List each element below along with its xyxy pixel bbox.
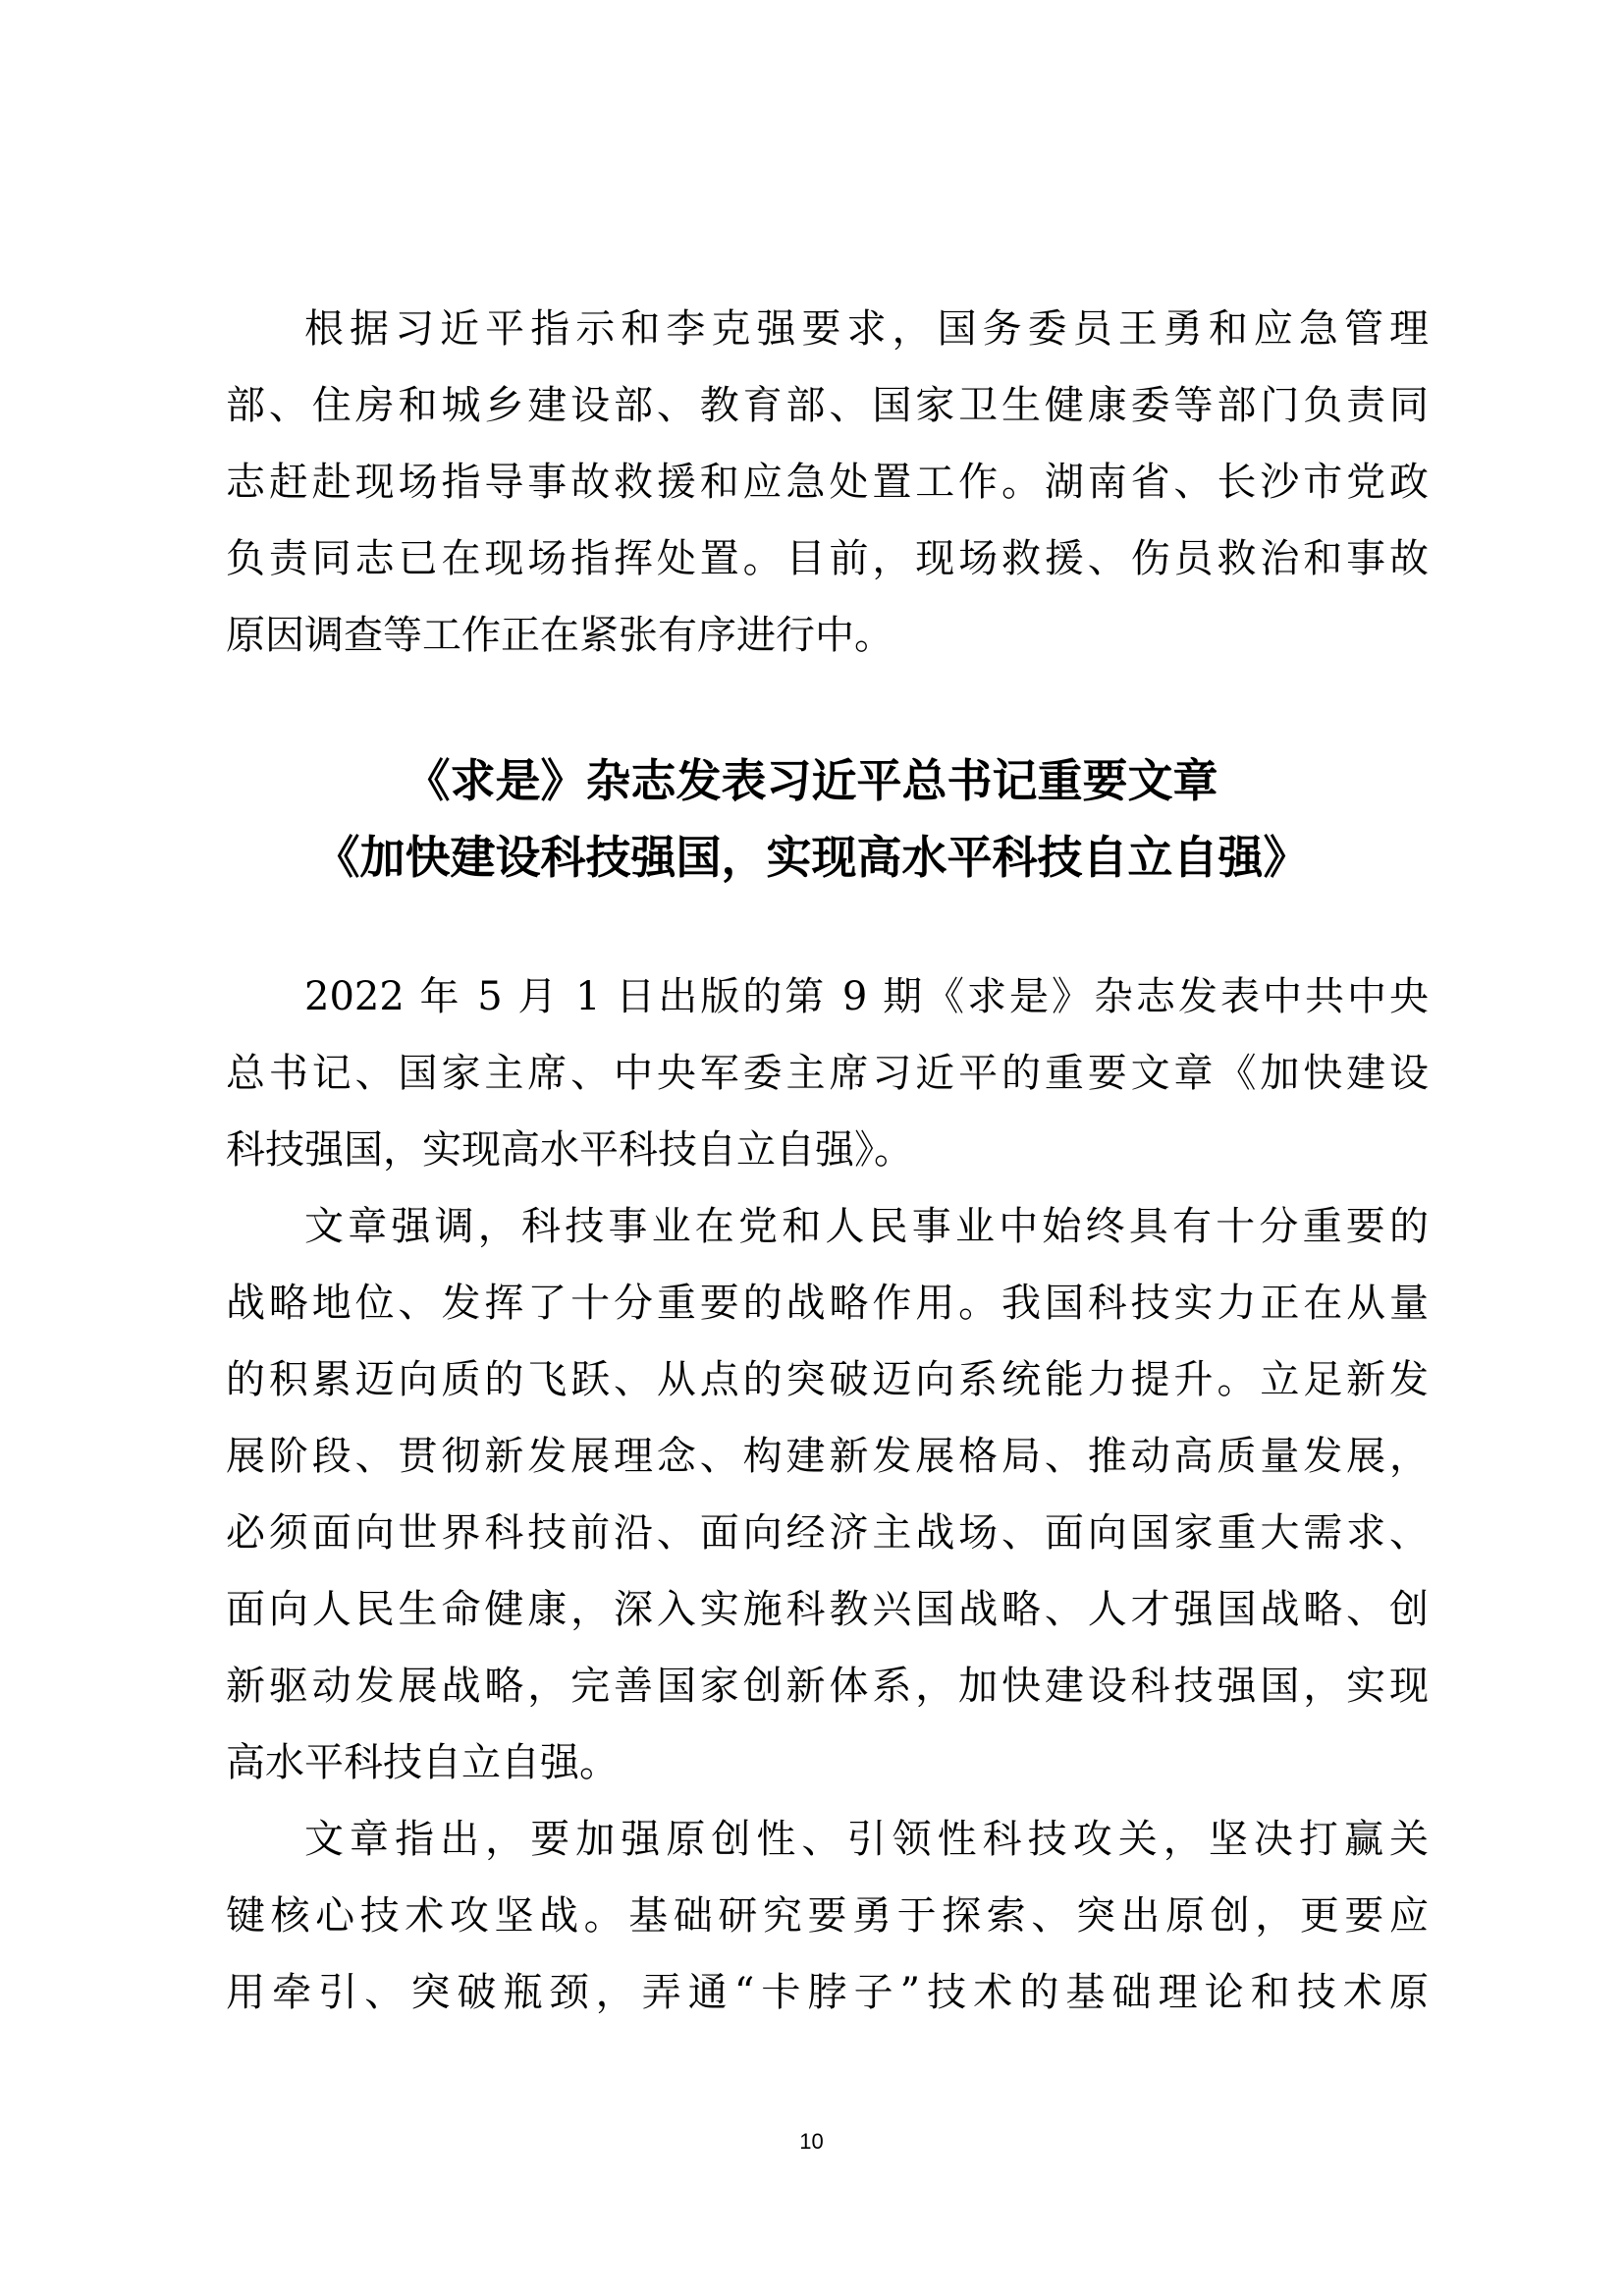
text-line: 原因调查等工作正在紧张有序进行中。 — [226, 606, 1429, 665]
text-line: 高水平科技自立自强。 — [226, 1733, 1429, 1792]
text-line: 部、住房和城乡建设部、教育部、国家卫生健康委等部门负责同 — [226, 376, 1429, 435]
text-line: 战略地位、发挥了十分重要的战略作用。我国科技实力正在从量 — [226, 1274, 1429, 1333]
text-line: 总书记、国家主席、中央军委主席习近平的重要文章《加快建设 — [226, 1044, 1429, 1103]
text-line: 必须面向世界科技前沿、面向经济主战场、面向国家重大需求、 — [226, 1503, 1429, 1562]
text-line: 志赶赴现场指导事故救援和应急处置工作。湖南省、长沙市党政 — [226, 453, 1429, 512]
text-line: 2022 年 5 月 1 日出版的第 9 期《求是》杂志发表中共中央 — [304, 967, 1429, 1026]
article-title-line-2: 《加快建设科技强国，实现高水平科技自立自强》 — [0, 825, 1623, 890]
text-line: 科技强国，实现高水平科技自立自强》。 — [226, 1121, 1429, 1179]
text-line: 文章指出，要加强原创性、引领性科技攻关，坚决打赢关 — [304, 1810, 1429, 1869]
text-line: 面向人民生命健康，深入实施科教兴国战略、人才强国战略、创 — [226, 1580, 1429, 1639]
text-line: 键核心技术攻坚战。基础研究要勇于探索、突出原创，更要应 — [226, 1886, 1429, 1945]
text-line: 新驱动发展战略，完善国家创新体系，加快建设科技强国，实现 — [226, 1657, 1429, 1716]
document-page: 根据习近平指示和李克强要求，国务委员王勇和应急管理 部、住房和城乡建设部、教育部… — [0, 0, 1623, 2296]
text-line: 的积累迈向质的飞跃、从点的突破迈向系统能力提升。立足新发 — [226, 1350, 1429, 1409]
article-title-line-1: 《求是》杂志发表习近平总书记重要文章 — [0, 748, 1623, 813]
text-line: 用牵引、突破瓶颈，弄通“卡脖子”技术的基础理论和技术原 — [226, 1963, 1429, 2022]
text-line: 文章强调，科技事业在党和人民事业中始终具有十分重要的 — [304, 1197, 1429, 1256]
text-line: 展阶段、贯彻新发展理念、构建新发展格局、推动高质量发展， — [226, 1427, 1429, 1486]
text-line: 根据习近平指示和李克强要求，国务委员王勇和应急管理 — [304, 300, 1429, 358]
page-number: 10 — [0, 2127, 1623, 2157]
text-line: 负责同志已在现场指挥处置。目前，现场救援、伤员救治和事故 — [226, 529, 1429, 588]
